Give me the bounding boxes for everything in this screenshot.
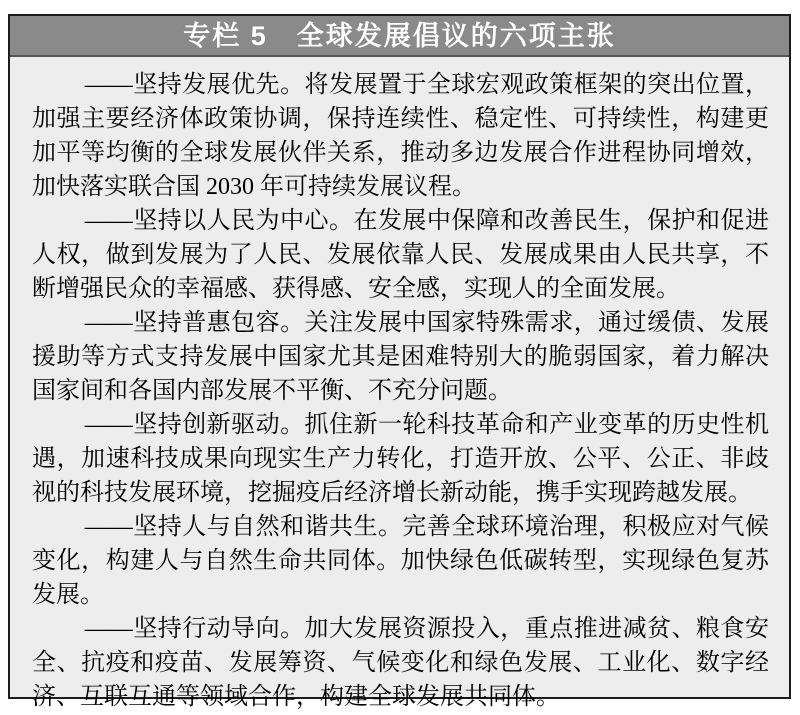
box-paragraph-innovation-driven: ——坚持创新驱动。抓住新一轮科技革命和产业变革的历史性机遇，加速科技成果向现实生… — [32, 408, 769, 510]
box-paragraph-people-centered: ——坚持以人民为中心。在发展中保障和改善民生，保护和促进人权，做到发展为了人民、… — [32, 204, 769, 306]
box-title-bar: 专栏 5 全球发展倡议的六项主张 — [10, 16, 789, 57]
box-paragraph-action-oriented: ——坚持行动导向。加大发展资源投入，重点推进减贫、粮食安全、抗疫和疫苗、发展筹资… — [32, 612, 769, 714]
box-body: ——坚持发展优先。将发展置于全球宏观政策框架的突出位置，加强主要经济体政策协调，… — [10, 57, 789, 714]
box-paragraph-harmony-with-nature: ——坚持人与自然和谐共生。完善全球环境治理，积极应对气候变化，构建人与自然生命共… — [32, 510, 769, 612]
box-paragraph-inclusiveness: ——坚持普惠包容。关注发展中国家特殊需求，通过缓债、发展援助等方式支持发展中国家… — [32, 306, 769, 408]
box-title: 专栏 5 全球发展倡议的六项主张 — [183, 22, 616, 50]
box-paragraph-development-priority: ——坚持发展优先。将发展置于全球宏观政策框架的突出位置，加强主要经济体政策协调，… — [32, 68, 769, 204]
column-box: 专栏 5 全球发展倡议的六项主张 ——坚持发展优先。将发展置于全球宏观政策框架的… — [8, 14, 791, 699]
